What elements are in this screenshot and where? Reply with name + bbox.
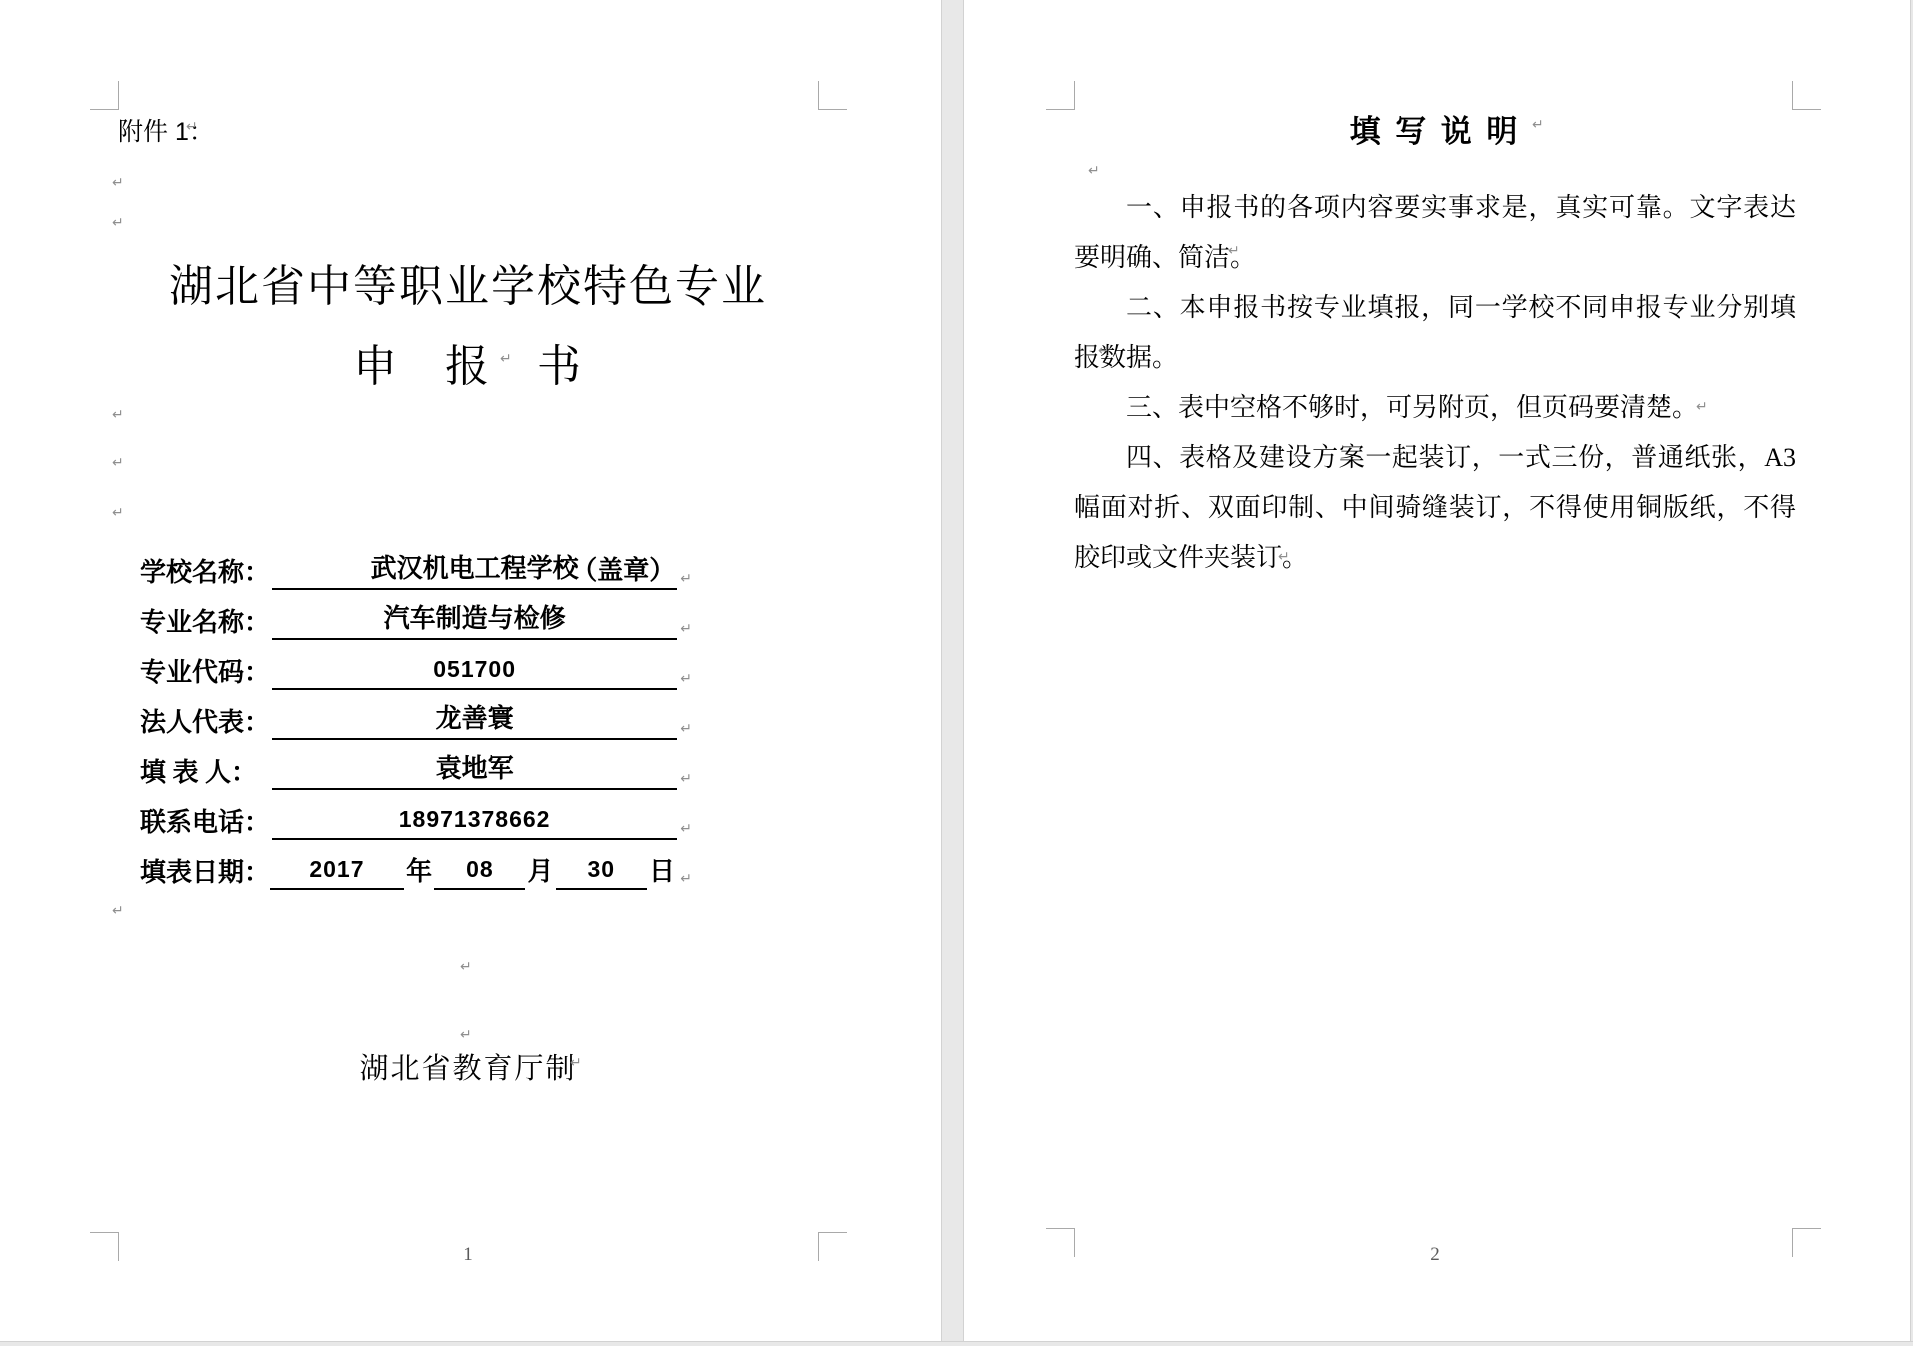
paragraph-mark-icon: ↵ xyxy=(680,618,692,640)
field-underline: 武汉机电工程学校 （盖章） xyxy=(272,552,677,590)
paragraph-mark-icon: ↵ xyxy=(1278,550,1290,564)
field-label: 专业名称： xyxy=(140,606,272,640)
date-year-value: 2017 xyxy=(309,856,364,882)
form-field-row-school-name[interactable]: 学校名称： 武汉机电工程学校 （盖章） ↵ xyxy=(140,540,692,590)
instructions-body: 一、申报书的各项内容要实事求是，真实可靠。文字表达要明确、简洁。 二、本申报书按… xyxy=(1074,183,1796,583)
instruction-paragraph-3: 三、表中空格不够时，可另附页，但页码要清楚。 xyxy=(1074,383,1796,433)
paragraph-mark-icon: ↵ xyxy=(680,668,692,690)
instructions-title: 填 写 说 明 xyxy=(1074,106,1796,151)
paragraph-mark-icon: ↵ xyxy=(186,120,198,134)
paragraph-mark-icon: ↵ xyxy=(1098,344,1110,358)
margin-corner-mark xyxy=(818,81,847,110)
paragraph-mark-icon: ↵ xyxy=(680,718,692,740)
field-value: 汽车制造与检修 xyxy=(384,604,566,633)
paragraph-mark-icon: ↵ xyxy=(112,176,124,190)
date-year-unit: 年 xyxy=(404,854,435,890)
page-gap xyxy=(941,0,964,1341)
document-viewer: 附件 1： ↵ ↵ ↵ 湖北省中等职业学校特色专业 申 报 书 ↵ ↵ ↵ ↵ … xyxy=(0,0,1913,1346)
paragraph-mark-icon: ↵ xyxy=(680,568,692,590)
paragraph-mark-icon: ↵ xyxy=(112,216,124,230)
paragraph-mark-icon: ↵ xyxy=(570,1056,582,1070)
field-label: 联系电话： xyxy=(140,806,272,840)
form-field-row-major-code[interactable]: 专业代码： 051700 ↵ xyxy=(140,640,692,690)
bottom-gap xyxy=(0,1341,1913,1346)
issuer-line: 湖北省教育厅制 xyxy=(118,1046,818,1087)
paragraph-mark-icon: ↵ xyxy=(112,506,124,520)
field-label: 填表日期： xyxy=(140,856,270,890)
instruction-paragraph-4: 四、表格及建设方案一起装订，一式三份，普通纸张，A3幅面对折、双面印制、中间骑缝… xyxy=(1074,433,1796,583)
page-2[interactable]: 填 写 说 明 ↵ ↵ 一、申报书的各项内容要实事求是，真实可靠。文字表达要明确… xyxy=(964,0,1910,1341)
paragraph-mark-icon: ↵ xyxy=(112,408,124,422)
field-underline: 汽车制造与检修 xyxy=(272,602,677,640)
paragraph-mark-icon: ↵ xyxy=(680,818,692,840)
field-underline: 051700 xyxy=(272,652,677,690)
field-label: 专业代码： xyxy=(140,656,272,690)
margin-corner-mark xyxy=(1792,1228,1821,1257)
field-value: 18971378662 xyxy=(399,806,551,832)
date-month-value: 08 xyxy=(466,856,494,882)
margin-corner-mark xyxy=(90,81,119,110)
form-field-row-fill-date[interactable]: 填表日期： 2017 年 08 月 30 日 ↵ xyxy=(140,840,692,890)
date-month-unit: 月 xyxy=(525,854,556,890)
date-day-value: 30 xyxy=(587,856,615,882)
field-value: 051700 xyxy=(433,656,516,682)
margin-corner-mark xyxy=(1792,81,1821,110)
instruction-paragraph-1: 一、申报书的各项内容要实事求是，真实可靠。文字表达要明确、简洁。 xyxy=(1074,183,1796,283)
margin-corner-mark xyxy=(818,1232,847,1261)
paragraph-mark-icon: ↵ xyxy=(500,352,512,366)
margin-corner-mark xyxy=(1046,81,1075,110)
paragraph-mark-icon: ↵ xyxy=(112,456,124,470)
paragraph-mark-icon: ↵ xyxy=(460,1028,472,1042)
page-1[interactable]: 附件 1： ↵ ↵ ↵ 湖北省中等职业学校特色专业 申 报 书 ↵ ↵ ↵ ↵ … xyxy=(0,0,941,1341)
paragraph-mark-icon: ↵ xyxy=(680,868,692,890)
field-underline: 30 xyxy=(556,852,647,890)
field-value: 龙善寰 xyxy=(436,704,514,733)
margin-corner-mark xyxy=(1046,1228,1075,1257)
field-label: 学校名称： xyxy=(140,556,272,590)
field-underline: 18971378662 xyxy=(272,802,677,840)
field-underline: 2017 xyxy=(270,852,404,890)
form-field-row-legal-representative[interactable]: 法人代表： 龙善寰 ↵ xyxy=(140,690,692,740)
stamp-note: （盖章） xyxy=(571,554,675,588)
page-number: 1 xyxy=(118,1244,818,1266)
paragraph-mark-icon: ↵ xyxy=(680,768,692,790)
field-underline: 08 xyxy=(434,852,525,890)
attachment-label: 附件 1： xyxy=(118,112,214,148)
form-field-row-contact-phone[interactable]: 联系电话： 18971378662 ↵ xyxy=(140,790,692,840)
field-label: 法人代表： xyxy=(140,706,272,740)
field-underline: 龙善寰 xyxy=(272,702,677,740)
report-title-line-2: 申 报 书 xyxy=(118,330,818,394)
field-underline: 袁地军 xyxy=(272,752,677,790)
field-value: 袁地军 xyxy=(436,754,514,783)
field-value: 武汉机电工程学校 xyxy=(371,554,579,583)
field-label: 填 表 人： xyxy=(140,756,272,790)
date-day-unit: 日 xyxy=(647,854,678,890)
paragraph-mark-icon: ↵ xyxy=(1696,400,1708,414)
instruction-paragraph-2: 二、本申报书按专业填报，同一学校不同申报专业分别填报数据。 xyxy=(1074,283,1796,383)
paragraph-mark-icon: ↵ xyxy=(1532,118,1544,132)
paragraph-mark-icon: ↵ xyxy=(112,904,124,918)
paragraph-mark-icon: ↵ xyxy=(1088,164,1100,178)
page-number: 2 xyxy=(1074,1244,1796,1266)
paragraph-mark-icon: ↵ xyxy=(1228,244,1240,258)
form-field-row-major-name[interactable]: 专业名称： 汽车制造与检修 ↵ xyxy=(140,590,692,640)
application-form-fields: 学校名称： 武汉机电工程学校 （盖章） ↵ 专业名称： 汽车制造与检修 ↵ 专业… xyxy=(140,540,692,890)
form-field-row-form-filler[interactable]: 填 表 人： 袁地军 ↵ xyxy=(140,740,692,790)
margin-corner-mark xyxy=(90,1232,119,1261)
report-title-line-1: 湖北省中等职业学校特色专业 xyxy=(118,250,818,314)
paragraph-mark-icon: ↵ xyxy=(460,960,472,974)
